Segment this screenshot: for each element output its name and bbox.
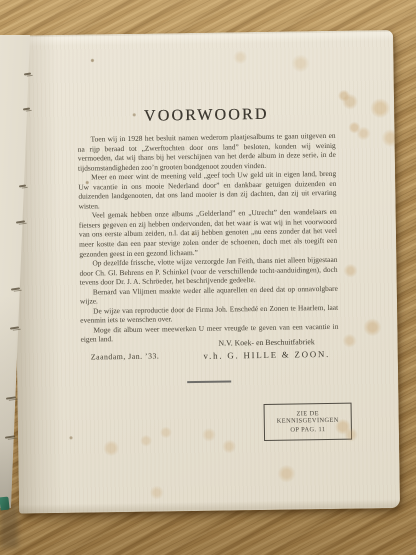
notice-line2: OP PAG. 11: [290, 426, 325, 434]
company-name: N.V. Koek- en Beschuitfabriek: [177, 337, 357, 349]
divider-rule: [187, 380, 231, 383]
notice-line1: ZIE DE KENNISGEVINGEN: [265, 410, 351, 425]
foreword-paragraph: Op dezelfde frissche, vlotte wijze verzo…: [79, 255, 337, 287]
green-cover-corner: [0, 497, 10, 511]
place-date: Zaandam, Jan. ’33.: [91, 352, 160, 362]
foreword-text: Toen wij in 1928 het besluit namen weder…: [78, 131, 339, 345]
company-signature: N.V. Koek- en Beschuitfabriek v.h. G. HI…: [177, 337, 357, 361]
foreword-paragraph: Meer en meer wint de meening veld „geef …: [78, 169, 337, 211]
page-title: VOORWOORD: [77, 105, 335, 127]
book-shadow: [0, 504, 18, 548]
book-photo-scene: VOORWOORD Toen wij in 1928 het besluit n…: [0, 0, 416, 555]
foreword-paragraph: Veel gemak hebben onze albums „Gelderlan…: [79, 207, 338, 259]
company-name-caps: v.h. G. HILLE & ZOON.: [177, 348, 357, 361]
album-foreword-page: VOORWOORD Toen wij in 1928 het besluit n…: [12, 30, 400, 514]
notice-box: ZIE DE KENNISGEVINGEN OP PAG. 11: [264, 403, 353, 441]
foreword-paragraph: Toen wij in 1928 het besluit namen weder…: [78, 131, 337, 173]
